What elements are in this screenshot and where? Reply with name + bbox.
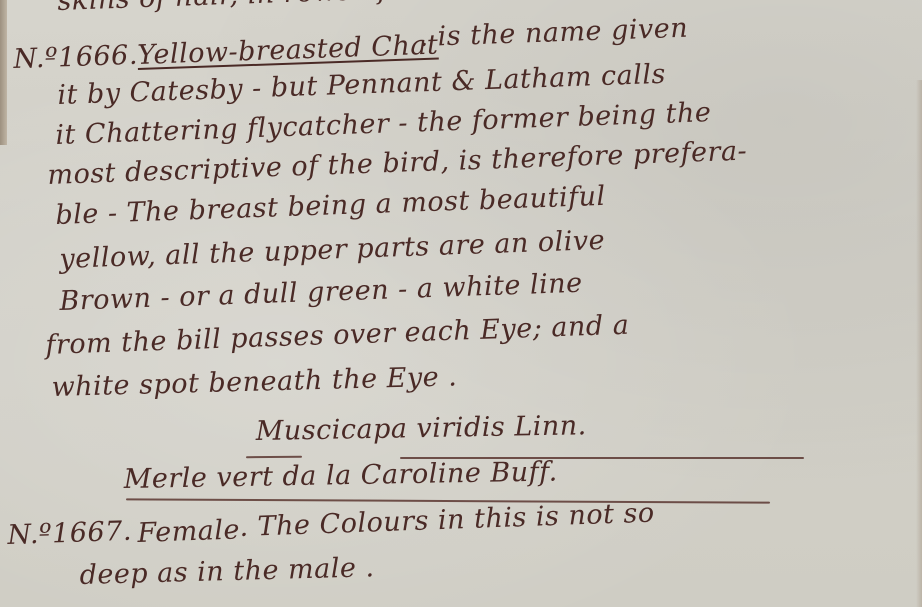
french-name: Merle vert da la Caroline Buff. [123,456,558,495]
text-line: skins of hair, in rows of wires. [57,0,484,17]
latin-name-underline [246,456,302,458]
text-line: . The Colours in this is not so [239,498,655,543]
entry-number: N.º1666. [13,40,138,75]
text-line: Brown - or a dull green - a white line [59,268,583,317]
entry-title: Female [137,514,241,549]
page-edge-shadow [916,80,922,607]
text-line: from the bill passes over each Eye; and … [45,310,630,361]
text-line: . is the name given [419,13,689,53]
text-line: yellow, all the upper parts are an olive [59,225,606,275]
text-line: ble - The breast being a most beautiful [55,181,606,231]
text-line: white spot beneath the Eye . [51,361,458,403]
french-name-underline [126,498,770,503]
latin-name: Muscicapa viridis Linn. [255,410,587,447]
manuscript-page: skins of hair, in rows of wires. N.º1666… [0,0,922,607]
entry-title: Yellow-breasted Chat [137,30,439,71]
entry-number: N.º1667. [7,516,132,551]
text-line: deep as in the male . [79,552,375,591]
binding-edge [0,0,7,145]
